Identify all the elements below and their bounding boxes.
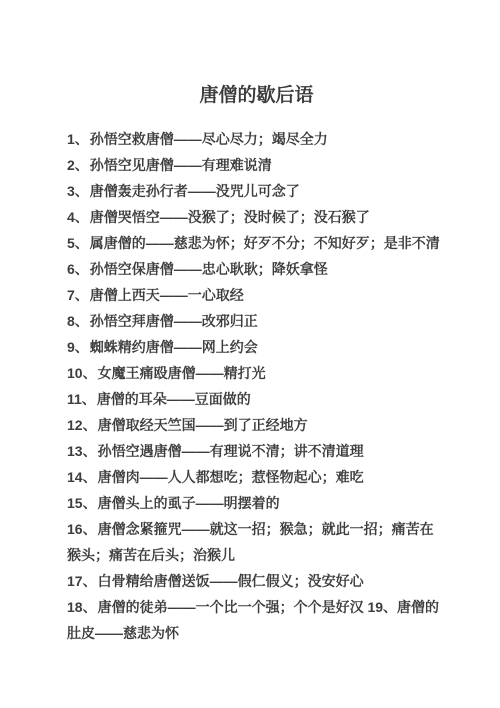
item-number: 18、 xyxy=(67,599,97,615)
item-text: 唐僧念紧箍咒——就这一招；猴急；就此一招；痛苦在猴头；痛苦在后头；治猴儿 xyxy=(67,521,434,563)
item-text: 唐僧哭悟空——没猴了；没时候了；没石猴了 xyxy=(90,209,370,225)
item-text: 孙悟空拜唐僧——改邪归正 xyxy=(90,313,258,329)
item-text: 唐僧头上的虱子——明摆着的 xyxy=(98,495,280,511)
item-text: 唐僧肉——人人都想吃；惹怪物起心；难吃 xyxy=(98,469,364,485)
item-number: 11、 xyxy=(67,391,96,407)
item-number: 6、 xyxy=(67,261,89,277)
list-item: 2、孙悟空见唐僧——有理难说清 xyxy=(67,152,446,178)
document-page: 唐僧的歇后语 1、孙悟空救唐僧——尽心尽力；竭尽全力2、孙悟空见唐僧——有理难说… xyxy=(0,0,500,708)
item-text: 唐僧的徒弟——一个比一个强；个个是好汉 19、唐僧的肚皮——慈悲为怀 xyxy=(67,599,439,641)
item-number: 5、 xyxy=(67,235,89,251)
list-item: 11、唐僧的耳朵——豆面做的 xyxy=(67,386,446,412)
list-item: 13、孙悟空遇唐僧——有理说不清；讲不清道理 xyxy=(67,438,446,464)
item-number: 13、 xyxy=(67,443,97,459)
list-item: 5、属唐僧的——慈悲为怀；好歹不分；不知好歹；是非不清 xyxy=(67,230,446,256)
list-item: 4、唐僧哭悟空——没猴了；没时候了；没石猴了 xyxy=(67,204,446,230)
list-item: 1、孙悟空救唐僧——尽心尽力；竭尽全力 xyxy=(67,126,446,152)
item-text: 蜘蛛精约唐僧——网上约会 xyxy=(90,339,258,355)
list-item: 18、唐僧的徒弟——一个比一个强；个个是好汉 19、唐僧的肚皮——慈悲为怀 xyxy=(67,594,446,646)
item-text: 白骨精给唐僧送饭——假仁假义；没安好心 xyxy=(98,573,364,589)
item-text: 唐僧轰走孙行者——没咒儿可念了 xyxy=(90,183,300,199)
list-item: 14、唐僧肉——人人都想吃；惹怪物起心；难吃 xyxy=(67,464,446,490)
list-item: 8、孙悟空拜唐僧——改邪归正 xyxy=(67,308,446,334)
item-number: 2、 xyxy=(67,157,89,173)
item-number: 9、 xyxy=(67,339,89,355)
item-text: 唐僧的耳朵——豆面做的 xyxy=(97,391,251,407)
item-number: 14、 xyxy=(67,469,97,485)
list-item: 7、唐僧上西天——一心取经 xyxy=(67,282,446,308)
list-item: 12、唐僧取经天竺国——到了正经地方 xyxy=(67,412,446,438)
item-text: 属唐僧的——慈悲为怀；好歹不分；不知好歹；是非不清 xyxy=(90,235,440,251)
item-text: 唐僧取经天竺国——到了正经地方 xyxy=(98,417,308,433)
item-number: 4、 xyxy=(67,209,89,225)
item-text: 女魔王痛殴唐僧——精打光 xyxy=(98,365,266,381)
item-text: 孙悟空遇唐僧——有理说不清；讲不清道理 xyxy=(98,443,364,459)
item-number: 3、 xyxy=(67,183,89,199)
item-number: 17、 xyxy=(67,573,97,589)
page-title: 唐僧的歇后语 xyxy=(67,84,446,107)
list-item: 15、唐僧头上的虱子——明摆着的 xyxy=(67,490,446,516)
item-text: 唐僧上西天——一心取经 xyxy=(90,287,244,303)
item-text: 孙悟空救唐僧——尽心尽力；竭尽全力 xyxy=(90,131,328,147)
item-number: 12、 xyxy=(67,417,97,433)
list-item: 10、女魔王痛殴唐僧——精打光 xyxy=(67,360,446,386)
list-item: 3、唐僧轰走孙行者——没咒儿可念了 xyxy=(67,178,446,204)
item-number: 8、 xyxy=(67,313,89,329)
item-number: 7、 xyxy=(67,287,89,303)
item-text: 孙悟空见唐僧——有理难说清 xyxy=(90,157,272,173)
list-item: 9、蜘蛛精约唐僧——网上约会 xyxy=(67,334,446,360)
item-number: 16、 xyxy=(67,521,97,537)
item-text: 孙悟空保唐僧——忠心耿耿；降妖拿怪 xyxy=(90,261,328,277)
xiehouyu-list: 1、孙悟空救唐僧——尽心尽力；竭尽全力2、孙悟空见唐僧——有理难说清3、唐僧轰走… xyxy=(67,126,446,646)
item-number: 15、 xyxy=(67,495,97,511)
list-item: 6、孙悟空保唐僧——忠心耿耿；降妖拿怪 xyxy=(67,256,446,282)
list-item: 17、白骨精给唐僧送饭——假仁假义；没安好心 xyxy=(67,568,446,594)
item-number: 1、 xyxy=(67,131,89,147)
list-item: 16、唐僧念紧箍咒——就这一招；猴急；就此一招；痛苦在猴头；痛苦在后头；治猴儿 xyxy=(67,516,446,568)
item-number: 10、 xyxy=(67,365,97,381)
